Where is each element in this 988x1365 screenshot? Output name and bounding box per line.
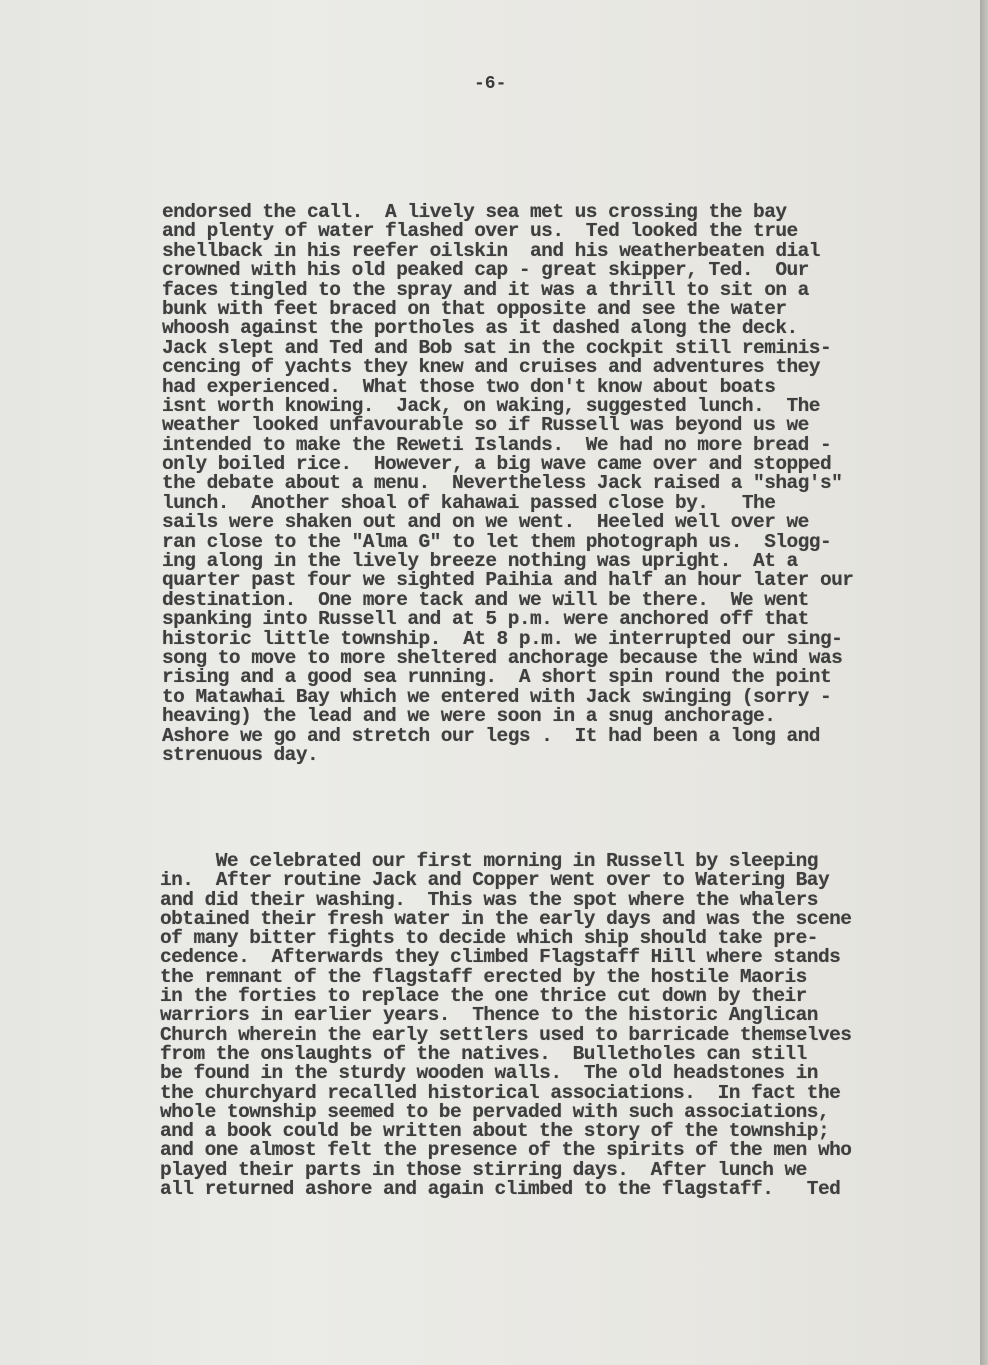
text-line: strenuous day. [162,746,853,765]
page-edge-shadow [980,0,988,1365]
paragraph-2: We celebrated our first morning in Russe… [160,852,851,1199]
paragraph-1: endorsed the call. A lively sea met us c… [162,203,853,765]
text-line: the debate about a menu. Nevertheless Ja… [162,474,853,493]
text-line: the churchyard recalled historical assoc… [160,1084,851,1103]
text-line: and one almost felt the presence of the … [160,1141,851,1160]
text-line: spanking into Russell and at 5 p.m. were… [162,610,853,629]
text-line: warriors in earlier years. Thence to the… [160,1006,851,1025]
text-line: had experienced. What those two don't kn… [162,378,853,397]
text-line: cencing of yachts they knew and cruises … [162,358,853,377]
text-line: heaving) the lead and we were soon in a … [162,707,853,726]
text-line: rising and a good sea running. A short s… [162,668,853,687]
text-line: sails were shaken out and on we went. He… [162,513,853,532]
text-line: weather looked unfavourable so if Russel… [162,416,853,435]
text-line: and plenty of water flashed over us. Ted… [162,222,853,241]
text-line: cedence. Afterwards they climbed Flagsta… [160,948,851,967]
typewritten-page: -6- endorsed the call. A lively sea met … [0,0,980,1365]
text-line: all returned ashore and again climbed to… [160,1180,851,1199]
page-number: -6- [474,74,506,94]
text-line: quarter past four we sighted Paihia and … [162,571,853,590]
text-line: in. After routine Jack and Copper went o… [160,871,851,890]
text-line: and did their washing. This was the spot… [160,891,851,910]
text-line: crowned with his old peaked cap - great … [162,261,853,280]
text-line: be found in the sturdy wooden walls. The… [160,1064,851,1083]
text-line: whoosh against the portholes as it dashe… [162,319,853,338]
